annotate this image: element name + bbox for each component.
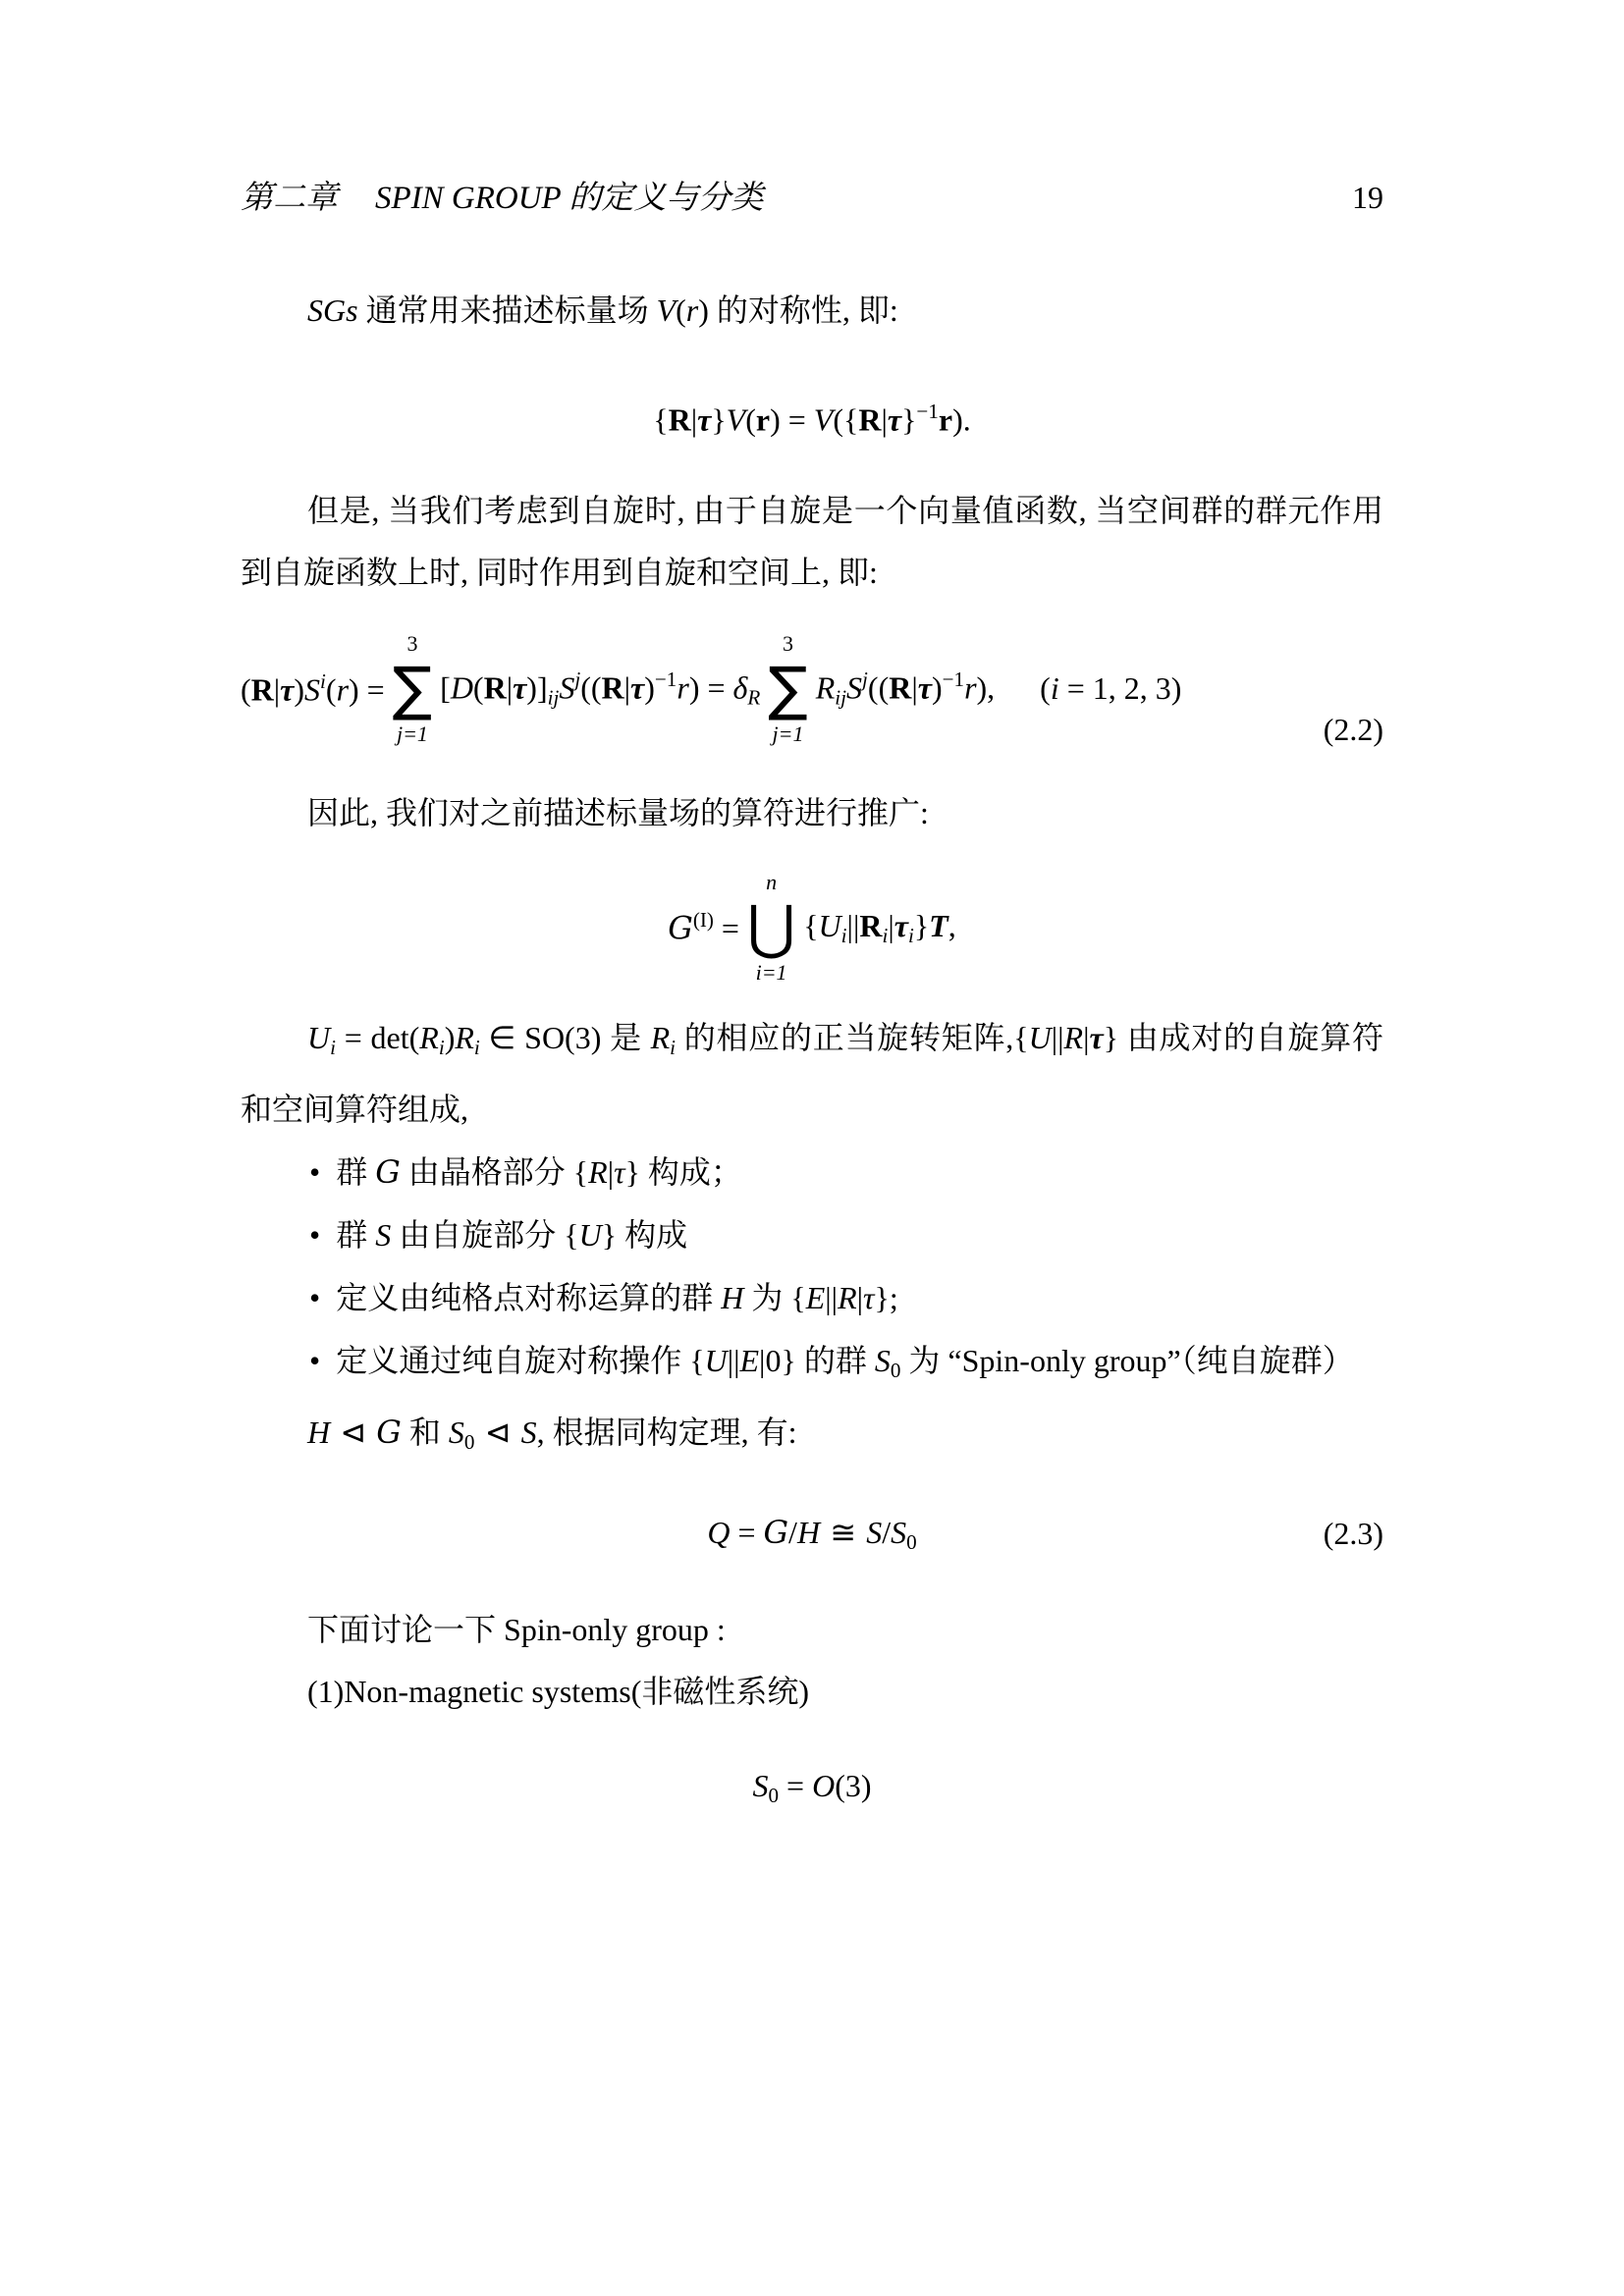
equation-2-2-lhs: (R|τ)Si(r) = [241,668,385,711]
equation-2-2-rhs: RijSj((R|τ)−1r), [816,667,995,712]
running-header: 第二章SPIN GROUP 的定义与分类 19 [241,175,1383,221]
bullet-item-group-h: •定义由纯格点对称运算的群 H 为 {E||R|τ}; [241,1266,1383,1329]
equation-2-3-body: Q = G/H ≅ S/S0 [707,1513,916,1556]
sum-upper-limit: 3 [406,631,417,657]
equation-s0-o3-body: S0 = O(3) [752,1766,871,1809]
bullet-icon: • [309,1217,320,1253]
bullet-icon: • [309,1343,320,1378]
paragraph-generalize: 因此, 我们对之前描述标量场的算符进行推广: [241,782,1383,844]
sum-icon: ∑ [393,657,432,721]
equation-2-2-condition: (i = 1, 2, 3) [1040,668,1181,710]
page-number: 19 [1352,175,1383,220]
bullet-icon: • [309,1280,320,1315]
bullet-icon: • [309,1154,320,1190]
paragraph-isomorphism: H ⊲ G 和 S0 ⊲ S, 根据同构定理, 有: [241,1402,1383,1473]
bullet-item-text: 群 S 由自旋部分 {U} 构成 [336,1217,687,1253]
equation-group-lhs: G(I) = [668,907,739,949]
equation-label-2-3: (2.3) [1324,1514,1383,1555]
page-content: 第二章SPIN GROUP 的定义与分类 19 SGs 通常用来描述标量场 V(… [0,0,1624,1810]
equation-spin-group-definition: G(I) = n ⋃ i=1 {Ui||Ri|τi}T, [241,870,1383,986]
bullet-item-text: 群 G 由晶格部分 {R|τ} 构成； [336,1154,742,1190]
union-icon: ⋃ [747,895,795,960]
equation-scalar-field-body: {R|τ}V(r) = V({R|τ}−1r). [653,399,971,441]
sum-icon: ∑ [768,657,807,721]
bullet-item-lattice-group: •群 G 由晶格部分 {R|τ} 构成； [241,1141,1383,1203]
sum-lower-limit: j=1 [773,721,804,747]
bullet-item-text: 定义由纯格点对称运算的群 H 为 {E||R|τ}; [336,1280,898,1315]
union-operator: n ⋃ i=1 [747,870,795,986]
paragraph-non-magnetic: (1)Non-magnetic systems(非磁性系统) [241,1661,1383,1723]
equation-2-3: Q = G/H ≅ S/S0 (2.3) [241,1513,1383,1556]
equation-scalar-field: {R|τ}V(r) = V({R|τ}−1r). [241,399,1383,441]
paragraph-ui-definition: Ui = det(Ri)Ri ∈ SO(3) 是 Ri 的相应的正当旋转矩阵,{… [241,1007,1383,1141]
bullet-item-spin-only-group: •定义通过纯自旋对称操作 {U||E|0} 的群 S0 为 “Spin-only… [241,1329,1383,1402]
union-lower-limit: i=1 [756,960,787,986]
chapter-title: SPIN GROUP 的定义与分类 [375,181,763,216]
equation-number: (2.2) [1324,712,1383,747]
chapter-heading: 第二章SPIN GROUP 的定义与分类 [241,176,763,221]
sum-operator: 3 ∑ j=1 [768,631,807,747]
sum-operator: 3 ∑ j=1 [393,631,432,747]
sum-lower-limit: j=1 [397,721,428,747]
bullet-item-spin-group: •群 S 由自旋部分 {U} 构成 [241,1203,1383,1266]
paragraph-spin-only-intro: 下面讨论一下 Spin-only group : [241,1599,1383,1661]
paragraph-intro: SGs 通常用来描述标量场 V(r) 的对称性, 即: [241,280,1383,342]
chapter-number: 第二章 [241,181,338,216]
equation-s0-o3: S0 = O(3) [241,1766,1383,1809]
equation-2-2-mid: [D(R|τ)]ijSj((R|τ)−1r) = δR [440,667,760,712]
bullet-item-text: 定义通过纯自旋对称操作 {U||E|0} 的群 S0 为 “Spin-only … [336,1343,1354,1378]
union-upper-limit: n [766,870,777,895]
document-page: 第二章SPIN GROUP 的定义与分类 19 SGs 通常用来描述标量场 V(… [0,0,1624,2296]
sum-upper-limit: 3 [783,631,793,657]
paragraph-spin-action: 但是, 当我们考虑到自旋时, 由于自旋是一个向量值函数, 当空间群的群元作用到自… [241,480,1383,604]
equation-group-rhs: {Ui||Ri|τi}T, [803,906,956,949]
